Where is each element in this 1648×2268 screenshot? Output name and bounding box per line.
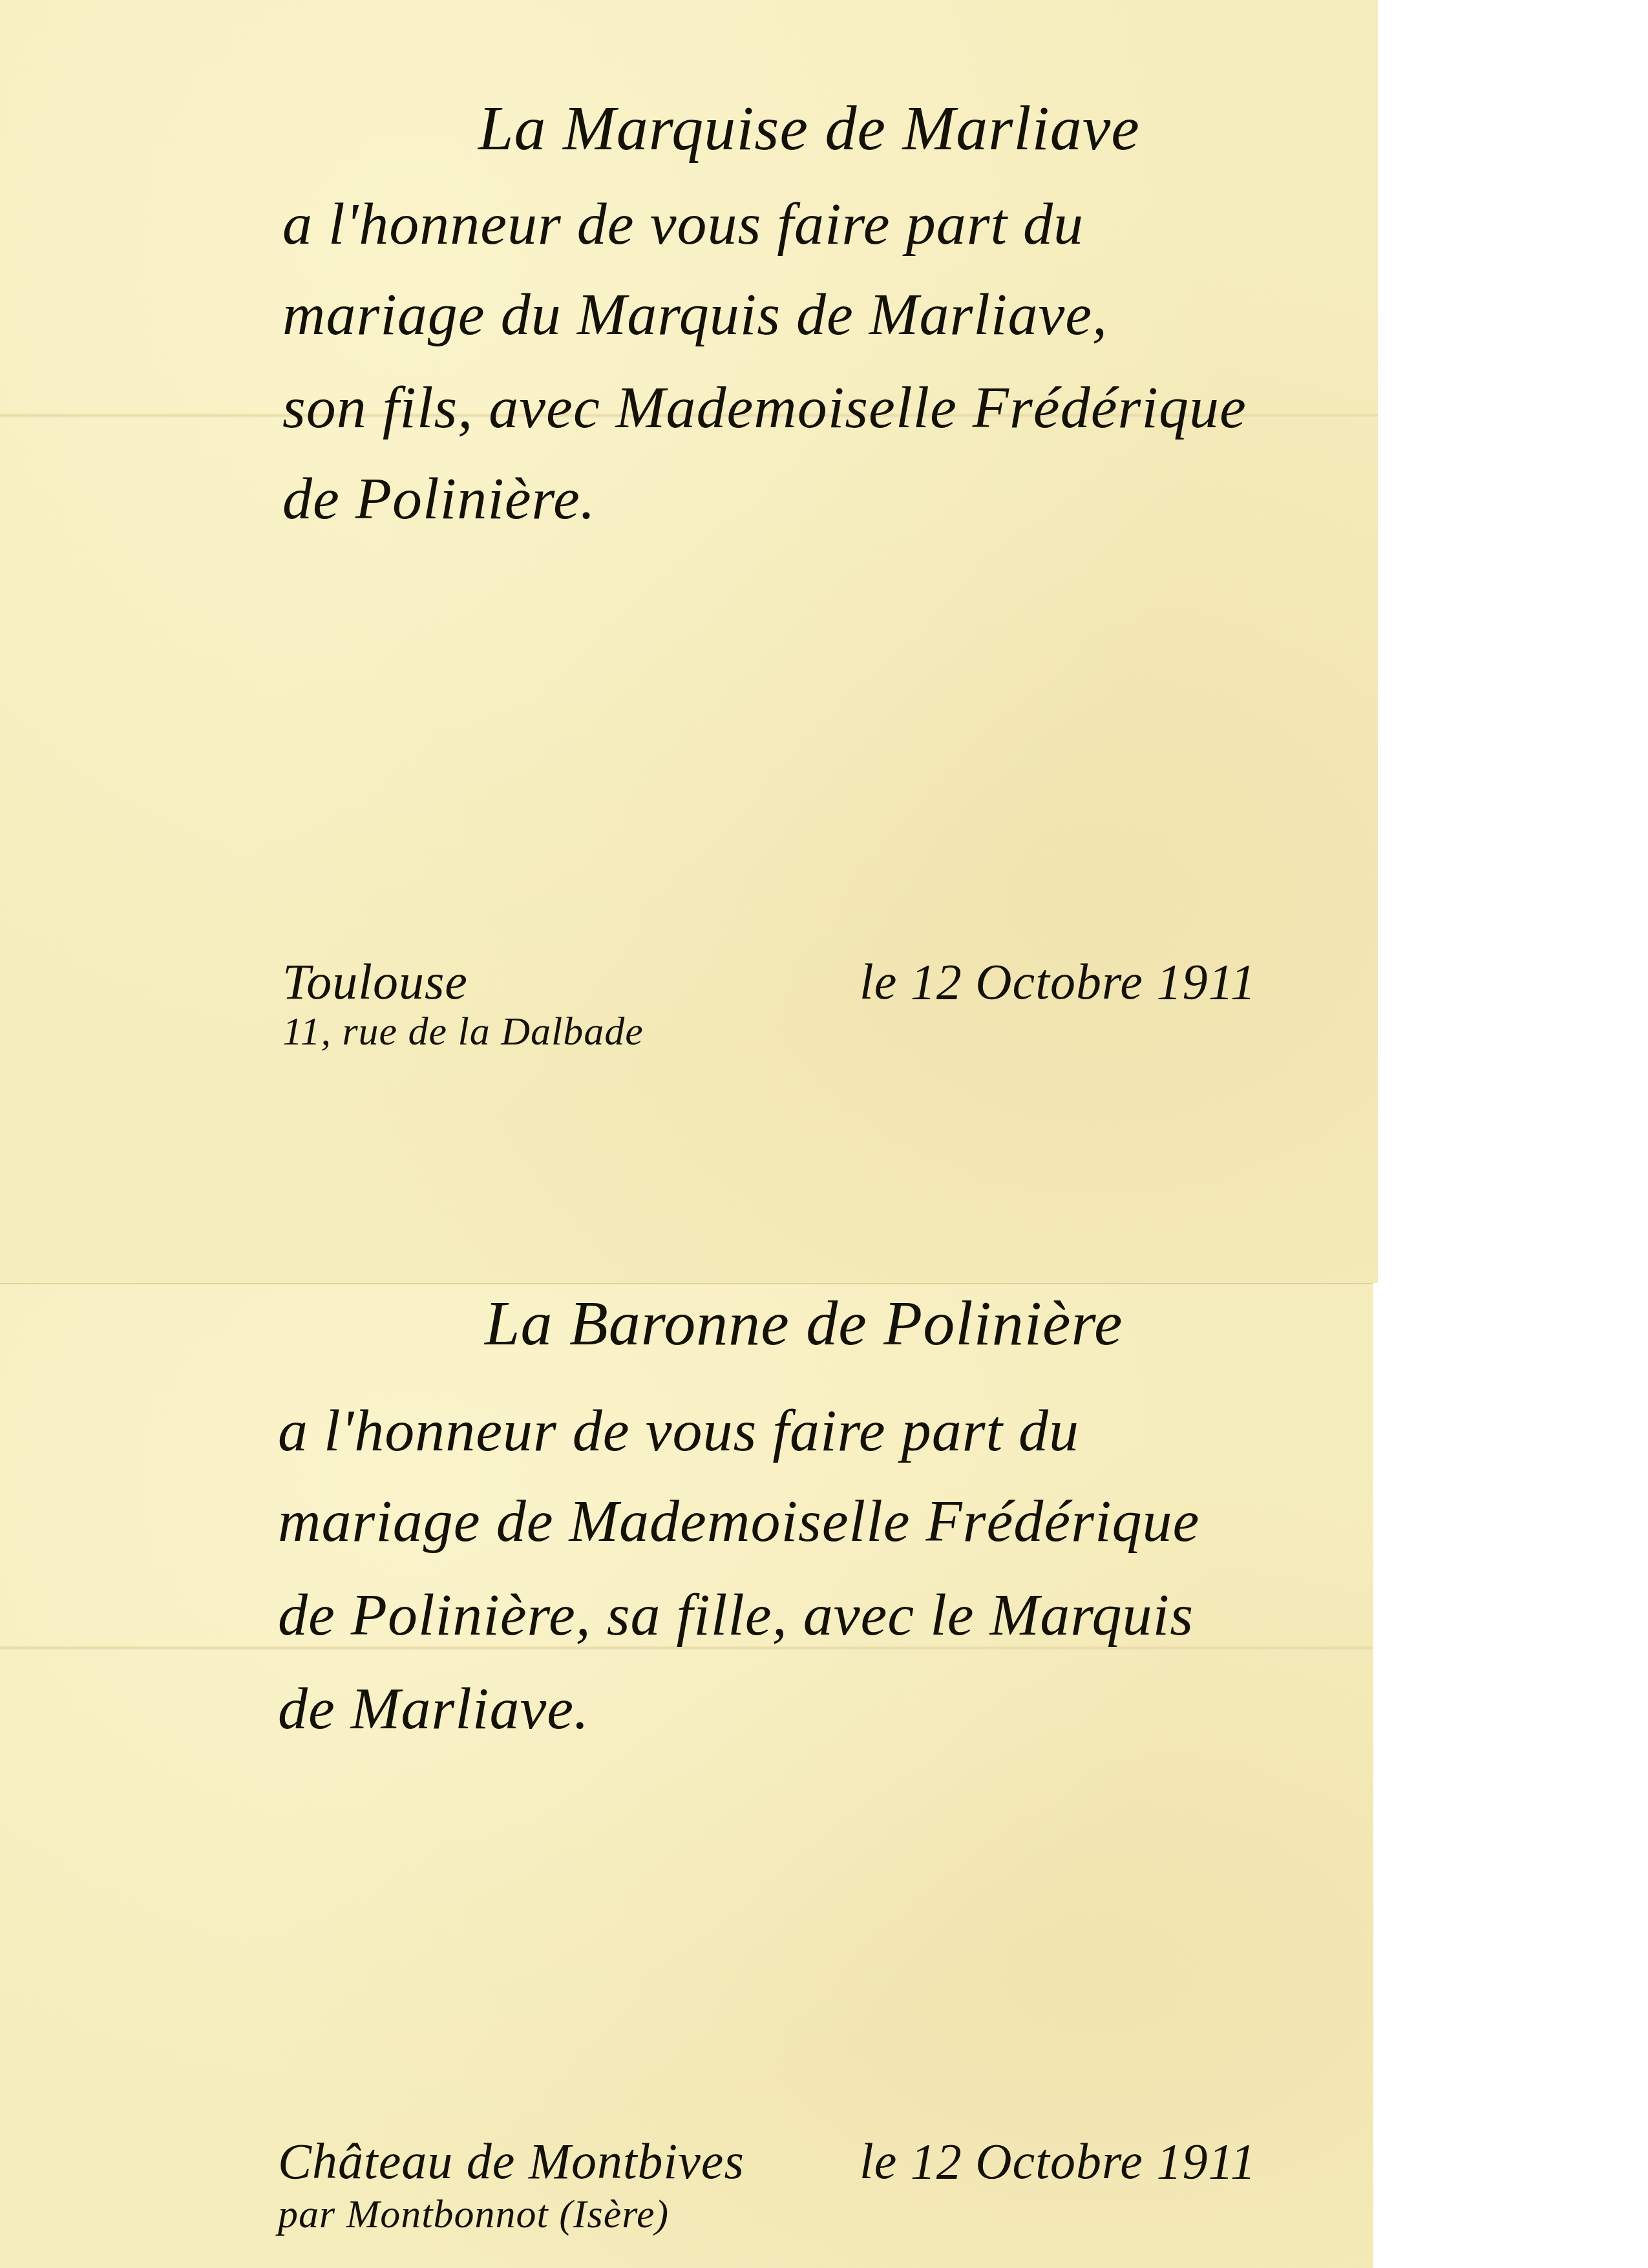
body-line-2: mariage de Mademoiselle Frédérique bbox=[278, 1491, 1199, 1551]
body-line-3: son fils, avec Mademoiselle Frédérique bbox=[282, 377, 1247, 437]
announcer-line: La Marquise de Marliave bbox=[478, 97, 1140, 160]
date-text: le 12 Octobre 1911 bbox=[860, 2136, 1256, 2187]
place-text: Toulouse bbox=[282, 957, 468, 1007]
date-text: le 12 Octobre 1911 bbox=[860, 957, 1256, 1007]
body-line-4: de Polinière. bbox=[282, 469, 596, 528]
body-line-4: de Marliave. bbox=[278, 1679, 589, 1738]
body-line-1: a l'honneur de vous faire part du bbox=[278, 1401, 1079, 1460]
announcement-card-bride: La Baronne de Polinière a l'honneur de v… bbox=[0, 1283, 1373, 2268]
body-line-1: a l'honneur de vous faire part du bbox=[282, 194, 1084, 253]
announcer-line: La Baronne de Polinière bbox=[485, 1292, 1123, 1355]
announcement-card-groom: La Marquise de Marliave a l'honneur de v… bbox=[0, 0, 1378, 1283]
address-text: par Montbonnot (Isère) bbox=[278, 2194, 669, 2234]
body-line-2: mariage du Marquis de Marliave, bbox=[282, 284, 1108, 344]
address-text: 11, rue de la Dalbade bbox=[282, 1012, 644, 1052]
place-text: Château de Montbives bbox=[278, 2136, 745, 2187]
body-line-3: de Polinière, sa fille, avec le Marquis bbox=[278, 1585, 1194, 1644]
